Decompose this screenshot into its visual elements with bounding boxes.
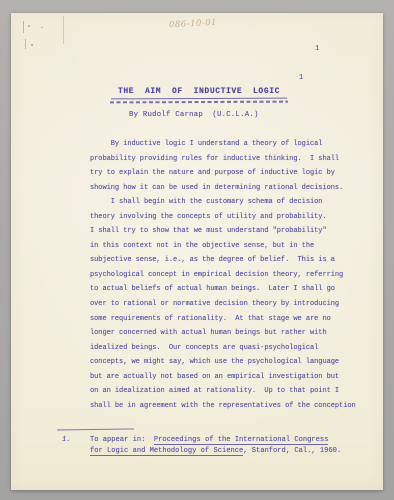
document-title: THE AIM OF INDUCTIVE LOGIC — [118, 87, 280, 96]
body-line: By inductive logic I understand a theory… — [90, 137, 380, 152]
body-line: theory involving the concepts of utility… — [90, 210, 380, 225]
body-line: showing how it can be used in determinin… — [90, 181, 380, 196]
body-line: probability providing rules for inductiv… — [90, 152, 380, 167]
body-line: in this context not in the objective sen… — [90, 239, 380, 254]
manuscript-page: 086-10-01 1 THE AIM OF INDUCTIVE LOGIC 1… — [11, 13, 383, 490]
body-line: to actual beliefs of actual human beings… — [90, 282, 380, 297]
footnote-text: To appear in: — [90, 436, 154, 444]
footnote-line: for Logic and Methodology of Science, St… — [90, 446, 341, 458]
body-line: psychological concept in empirical decis… — [90, 268, 380, 283]
citation-underlined: for Logic and Methodology of Science — [90, 447, 243, 456]
body-line: longer concerned with actual human being… — [90, 326, 380, 341]
pencil-mark — [23, 21, 24, 33]
pencil-mark — [63, 16, 64, 44]
pencil-mark — [25, 39, 26, 49]
citation-underlined: Proceedings of the International Congres… — [154, 436, 329, 445]
byline: By Rudolf Carnap (U.C.L.A.) — [129, 111, 259, 119]
footnote-line: To appear in: Proceedings of the Interna… — [90, 435, 328, 447]
footnote-text: , Stanford, Cal., 1960. — [243, 447, 341, 455]
body-line: I shall try to show that we must underst… — [90, 224, 380, 239]
body-text: By inductive logic I understand a theory… — [90, 137, 380, 413]
body-line: I shall begin with the customary schema … — [90, 195, 380, 210]
pencil-mark — [41, 27, 43, 28]
handwritten-annotation: 086-10-01 — [169, 18, 218, 31]
page-number: 1 — [315, 45, 320, 53]
pencil-mark — [31, 44, 33, 46]
footnote-marker: 1. — [62, 435, 71, 447]
footnote-separator — [57, 428, 134, 430]
body-line: concepts, we might say, which use the ps… — [90, 355, 380, 370]
body-line: idealized beings. Our concepts are quasi… — [90, 341, 380, 356]
body-line: on an idealization aimed at rationality.… — [90, 384, 380, 399]
title-footnote-marker: 1 — [299, 74, 303, 82]
body-line: try to explain the nature and purpose of… — [90, 166, 380, 181]
body-line: but are actually not based on an empiric… — [90, 370, 380, 385]
body-line: subjective sense, i.e., as the degree of… — [90, 253, 380, 268]
body-line: some requirements of rationality. At tha… — [90, 312, 380, 327]
pencil-mark — [28, 25, 30, 27]
body-line: over to rational or normative decision t… — [90, 297, 380, 312]
title-underline-dashed — [110, 101, 288, 103]
body-line: shall be in agreement with the represent… — [90, 399, 380, 414]
title-underline — [111, 98, 287, 100]
